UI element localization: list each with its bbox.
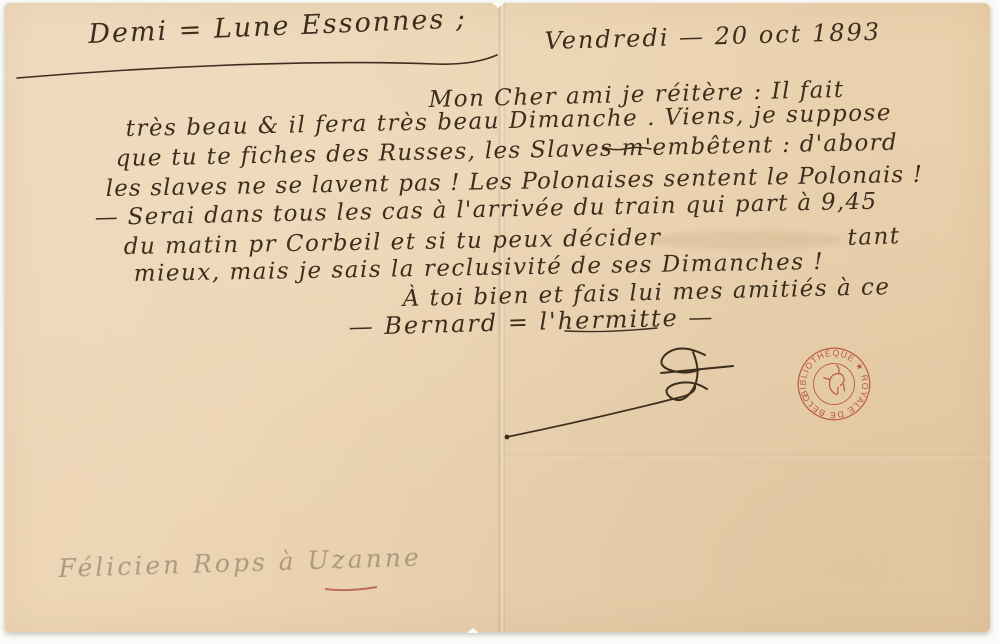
letter-paper: Demi = Lune Essonnes ; Vendredi — 20 oct… (5, 3, 990, 632)
erasure-smudge (647, 231, 842, 249)
signature-long-stroke (507, 385, 695, 437)
letter-line-6-word-tant: tant (847, 223, 901, 251)
header-underline-flourish (17, 55, 497, 78)
stamp-text: BIBLIOTHÈQUE ★ ROYALE DE BELGIQUE ★ (784, 334, 882, 434)
letter-date: Vendredi — 20 oct 1893 (544, 18, 881, 55)
letterhead-place: Demi = Lune Essonnes ; (88, 3, 468, 50)
signature-monogram-f (661, 349, 733, 401)
library-stamp: BIBLIOTHÈQUE ★ ROYALE DE BELGIQUE ★ (784, 334, 884, 434)
stamp-lion-figure (821, 365, 849, 397)
pencil-annotation: Félicien Rops à Uzanne (58, 543, 422, 583)
horizontal-fold-crease (502, 455, 990, 458)
svg-text:BIBLIOTHÈQUE ★ ROYALE DE BELGI: BIBLIOTHÈQUE ★ ROYALE DE BELGIQUE ★ (784, 334, 882, 434)
annotation-red-underline (325, 587, 377, 590)
fold-notch-top (491, 2, 505, 8)
letter-photograph: Demi = Lune Essonnes ; Vendredi — 20 oct… (0, 0, 999, 644)
fold-notch-bottom (467, 628, 479, 633)
